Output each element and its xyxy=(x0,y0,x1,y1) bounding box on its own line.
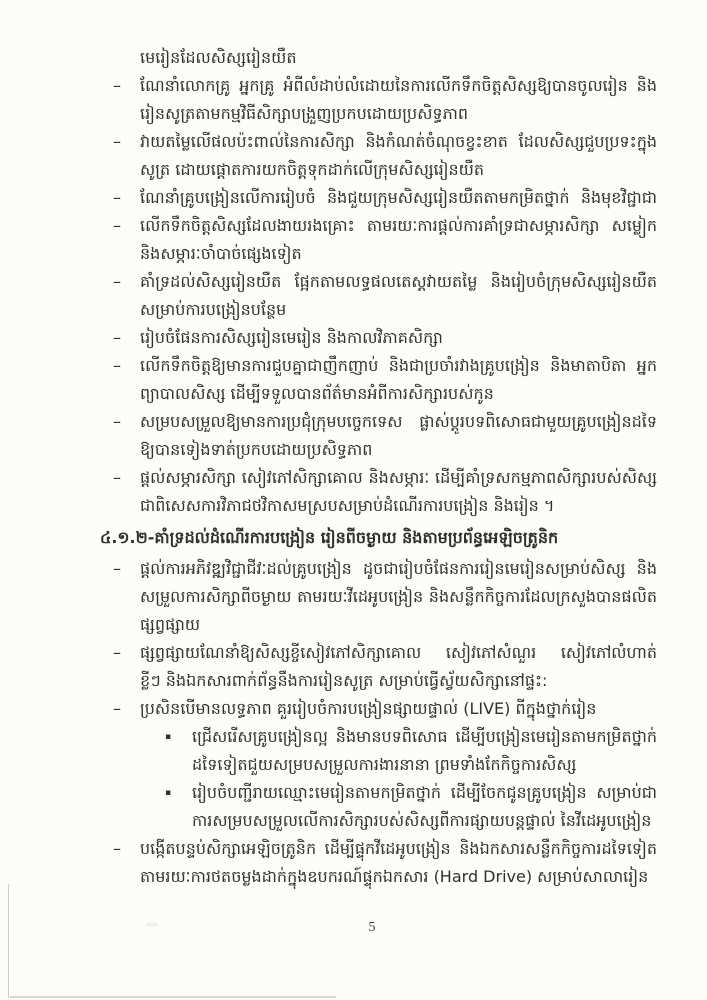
text-lines: វាយតម្លៃលើផលប៉ះពាល់នៃការសិក្សា និងកំណត់ច… xyxy=(140,128,657,184)
bullet-item: –លើកទឹកចិត្តសិស្សដែលងាយរងគ្រោះ តាមរយៈការ… xyxy=(100,212,657,268)
section-heading: ៤.១.២-គាំទ្រដល់ដំណើរការបង្រៀន រៀនពីចម្ងា… xyxy=(100,523,657,553)
dash-bullet-marker: – xyxy=(100,464,140,492)
text-lines: ណែនាំគ្រូបង្រៀនលើការរៀបចំ និងជួយក្រុមសិស… xyxy=(140,184,657,212)
text-lines: ផ្តល់សម្ភារសិក្សា សៀវភៅសិក្សាគោល និងសម្ភ… xyxy=(140,464,657,520)
square-bullet-marker: ▪ xyxy=(152,779,192,807)
bullet-item: –ផ្តល់សម្ភារសិក្សា សៀវភៅសិក្សាគោល និងសម្… xyxy=(100,464,657,520)
text-lines: ផ្តល់ការអភិវឌ្ឍវិជ្ជាជីវៈដល់គ្រូបង្រៀន ដ… xyxy=(140,555,657,639)
square-bullet-marker: ▪ xyxy=(152,723,192,751)
bullet-item: –ផ្តល់ការអភិវឌ្ឍវិជ្ជាជីវៈដល់គ្រូបង្រៀន … xyxy=(100,555,657,639)
text-line: ផ្តល់ការអភិវឌ្ឍវិជ្ជាជីវៈដល់គ្រូបង្រៀន ដ… xyxy=(140,555,657,583)
text-line: ជ្រើសរើសគ្រូបង្រៀនល្អ និងមានបទពិសោធ ដើម្… xyxy=(192,723,657,751)
continuation-line: មេរៀនដែលសិស្សរៀនយឺត xyxy=(100,44,657,72)
text-lines: រៀបចំផែនការសិស្សរៀនមេរៀន និងកាលវិភាគសិក្… xyxy=(140,324,657,352)
text-line: ណែនាំគ្រូបង្រៀនលើការរៀបចំ និងជួយក្រុមសិស… xyxy=(140,184,657,212)
text-line: រៀបចំបញ្ជីរាយឈ្មោះមេរៀនតាមកម្រិតថ្នាក់ ដ… xyxy=(192,779,657,807)
dash-bullet-marker: – xyxy=(100,695,140,723)
dash-bullet-marker: – xyxy=(100,212,140,240)
text-lines: លើកទឹកចិត្តសិស្សដែលងាយរងគ្រោះ តាមរយៈការផ… xyxy=(140,212,657,268)
text-lines: មេរៀនដែលសិស្សរៀនយឺត xyxy=(140,44,657,72)
text-line: ប្រសិនបើមានលទ្ធភាព គួររៀបចំការបង្រៀនផ្សា… xyxy=(140,695,657,723)
text-lines: ប្រសិនបើមានលទ្ធភាព គួររៀបចំការបង្រៀនផ្សា… xyxy=(140,695,657,723)
text-lines: លើកទឹកចិត្តឱ្យមានការជួបគ្នាជាញឹកញាប់ និង… xyxy=(140,352,657,408)
bullet-item: –រៀបចំផែនការសិស្សរៀនមេរៀន និងកាលវិភាគសិក… xyxy=(100,324,657,352)
text-line: សូត្រ ដោយផ្តោតការយកចិត្តទុកដាក់លើក្រុមសិ… xyxy=(140,156,657,184)
text-line: ផ្សព្វផ្សាយ xyxy=(140,611,657,639)
text-line: ផ្តល់សម្ភារសិក្សា សៀវភៅសិក្សាគោល និងសម្ភ… xyxy=(140,464,657,492)
text-lines: ណែនាំលោកគ្រូ អ្នកគ្រូ អំពីលំដាប់លំដោយនៃក… xyxy=(140,72,657,128)
bullet-item: –បង្កើតបន្ទប់សិក្សាអេឡិចត្រូនិក ដើម្បីផ្… xyxy=(100,835,657,891)
dash-bullet-marker: – xyxy=(100,408,140,436)
bullet-item: –ផ្សព្វផ្សាយណែនាំឱ្យសិស្សខ្ចីសៀវភៅសិក្សា… xyxy=(100,639,657,695)
dash-bullet-marker: – xyxy=(100,835,140,863)
bullet-item: –ណែនាំលោកគ្រូ អ្នកគ្រូ អំពីលំដាប់លំដោយនៃ… xyxy=(100,72,657,128)
text-line: ផ្សព្វផ្សាយណែនាំឱ្យសិស្សខ្ចីសៀវភៅសិក្សាគ… xyxy=(140,639,657,667)
text-line: តាមរយៈការថតចម្លងដាក់ក្នុងឧបករណ៍ផ្ទុកឯកសា… xyxy=(140,863,657,891)
text-line: លើកទឹកចិត្តឱ្យមានការជួបគ្នាជាញឹកញាប់ និង… xyxy=(140,352,657,380)
text-line: និងសម្ភារៈចាំបាច់ផ្សេងទៀត xyxy=(140,240,657,268)
document-body: មេរៀនដែលសិស្សរៀនយឺត–ណែនាំលោកគ្រូ អ្នកគ្រ… xyxy=(100,44,657,891)
text-line: លើកទឹកចិត្តសិស្សដែលងាយរងគ្រោះ តាមរយៈការផ… xyxy=(140,212,657,240)
document-page: មេរៀនដែលសិស្សរៀនយឺត–ណែនាំលោកគ្រូ អ្នកគ្រ… xyxy=(0,0,707,1000)
text-line: គាំទ្រដល់សិស្សរៀនយឺត ផ្អែកតាមលទ្ធផលតេស្ត… xyxy=(140,268,657,296)
text-line: រៀនសូត្រតាមកម្មវិធីសិក្សាបង្រួញប្រកបដោយប… xyxy=(140,100,657,128)
text-line: ការសម្របសម្រួលលើការសិក្សារបស់សិស្សពីការផ… xyxy=(192,807,657,835)
text-lines: ផ្សព្វផ្សាយណែនាំឱ្យសិស្សខ្ចីសៀវភៅសិក្សាគ… xyxy=(140,639,657,695)
text-lines: គាំទ្រដល់សិស្សរៀនយឺត ផ្អែកតាមលទ្ធផលតេស្ត… xyxy=(140,268,657,324)
dash-bullet-marker: – xyxy=(100,72,140,100)
bullet-item: –ណែនាំគ្រូបង្រៀនលើការរៀបចំ និងជួយក្រុមសិ… xyxy=(100,184,657,212)
text-line: មេរៀនដែលសិស្សរៀនយឺត xyxy=(140,44,657,72)
text-line: រៀបចំផែនការសិស្សរៀនមេរៀន និងកាលវិភាគសិក្… xyxy=(140,324,657,352)
text-lines: រៀបចំបញ្ជីរាយឈ្មោះមេរៀនតាមកម្រិតថ្នាក់ ដ… xyxy=(192,779,657,835)
scan-edge-artifact-left xyxy=(8,884,9,998)
bullet-item: –លើកទឹកចិត្តឱ្យមានការជួបគ្នាជាញឹកញាប់ និ… xyxy=(100,352,657,408)
text-line: ណែនាំលោកគ្រូ អ្នកគ្រូ អំពីលំដាប់លំដោយនៃក… xyxy=(140,72,657,100)
dash-bullet-marker: – xyxy=(100,555,140,583)
bullet-item: –គាំទ្រដល់សិស្សរៀនយឺត ផ្អែកតាមលទ្ធផលតេស្… xyxy=(100,268,657,324)
dash-bullet-marker: – xyxy=(100,268,140,296)
bullet-item: –ប្រសិនបើមានលទ្ធភាព គួររៀបចំការបង្រៀនផ្ស… xyxy=(100,695,657,723)
text-line: ព្យាបាលសិស្ស ដើម្បីទទួលបានព័ត៌មានអំពីការ… xyxy=(140,380,657,408)
text-line: ជាពិសេសការវិភាជថវិកាសមស្របសម្រាប់ដំណើរកា… xyxy=(140,492,657,520)
bullet-item: –សម្របសម្រួលឱ្យមានការប្រជុំក្រុមបច្ចេកទេ… xyxy=(100,408,657,464)
dash-bullet-marker: – xyxy=(100,184,140,212)
scan-edge-artifact-bottom xyxy=(10,996,336,998)
page-number: 5 xyxy=(352,920,392,936)
bullet-item: –វាយតម្លៃលើផលប៉ះពាល់នៃការសិក្សា និងកំណត់… xyxy=(100,128,657,184)
scan-smudge xyxy=(146,922,158,927)
text-line: សម្រួលការសិក្សាពីចម្ងាយ តាមរយៈវីដេអូបង្រ… xyxy=(140,583,657,611)
text-line: ខ្លីៗ និងឯកសារពាក់ព័ន្ធនឹងការរៀនសូត្រ សម… xyxy=(140,667,657,695)
dash-bullet-marker: – xyxy=(100,324,140,352)
dash-bullet-marker: – xyxy=(100,639,140,667)
sub-bullet-item: ▪រៀបចំបញ្ជីរាយឈ្មោះមេរៀនតាមកម្រិតថ្នាក់ … xyxy=(100,779,657,835)
text-lines: សម្របសម្រួលឱ្យមានការប្រជុំក្រុមបច្ចេកទេស… xyxy=(140,408,657,464)
sub-bullet-item: ▪ជ្រើសរើសគ្រូបង្រៀនល្អ និងមានបទពិសោធ ដើម… xyxy=(100,723,657,779)
text-line: ដទៃទៀតជួយសម្របសម្រួលការងារនានា ព្រមទាំងក… xyxy=(192,751,657,779)
text-lines: ជ្រើសរើសគ្រូបង្រៀនល្អ និងមានបទពិសោធ ដើម្… xyxy=(192,723,657,779)
dash-bullet-marker: – xyxy=(100,352,140,380)
text-lines: បង្កើតបន្ទប់សិក្សាអេឡិចត្រូនិក ដើម្បីផ្ទ… xyxy=(140,835,657,891)
dash-bullet-marker: – xyxy=(100,128,140,156)
text-line: បង្កើតបន្ទប់សិក្សាអេឡិចត្រូនិក ដើម្បីផ្ទ… xyxy=(140,835,657,863)
text-line: វាយតម្លៃលើផលប៉ះពាល់នៃការសិក្សា និងកំណត់ច… xyxy=(140,128,657,156)
text-line: សម្រាប់ការបង្រៀនបន្ថែម xyxy=(140,296,657,324)
text-line: ឱ្យបានទៀងទាត់ប្រកបដោយប្រសិទ្ធភាព xyxy=(140,436,657,464)
text-line: សម្របសម្រួលឱ្យមានការប្រជុំក្រុមបច្ចេកទេស… xyxy=(140,408,657,436)
